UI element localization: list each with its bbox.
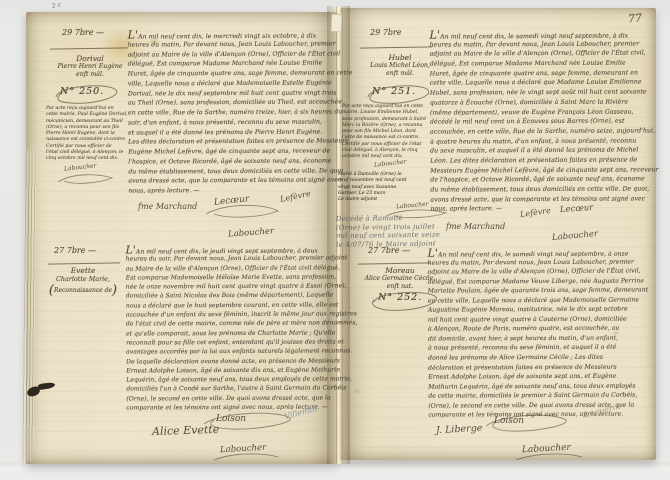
handwritten-line: mécanicien, demeurant au Theil bbox=[46, 119, 130, 125]
handwritten-line: ville, Laquelle nous a déclaré que Madem… bbox=[128, 78, 332, 89]
handwritten-line: naissance est constatée ci-contre. bbox=[46, 137, 130, 143]
handwritten-line: heures du soir, Par devant nous, Jean Lo… bbox=[126, 254, 332, 264]
act-number-250: N° 250. bbox=[60, 86, 104, 97]
handwritten-line: avantages accordés par la loi aux enfant… bbox=[126, 347, 332, 357]
handwritten-line: avons dressé acte, que la comparante et … bbox=[128, 176, 332, 187]
margin-date-reconnaissance: 27 7bre — bbox=[54, 246, 96, 255]
margin-date-act252: 27 7bre — bbox=[368, 246, 410, 255]
act-number-252: N° 252. bbox=[378, 292, 422, 303]
act-number-251: N° 251. bbox=[372, 86, 416, 97]
margin-date-act251: 29 7bre bbox=[370, 28, 402, 37]
act-250-body: L'An mil neuf cent dix, le mercredi ving… bbox=[128, 29, 333, 196]
signature-witness1-act252: Loison bbox=[494, 416, 524, 426]
handwritten-line: quatorze à Écouché (Orne), domiciliée à … bbox=[430, 97, 652, 108]
handwritten-line: l'hospice, et Octave Ricordé, âgé de soi… bbox=[128, 156, 332, 167]
scanner-background bbox=[0, 462, 670, 480]
handwritten-line: heures du matin, Par devant nous, Jean L… bbox=[128, 39, 332, 50]
signature-declarant-act251: fme Marchand bbox=[446, 222, 505, 231]
handwritten-line: soir, d'un enfant, à nous présenté, reco… bbox=[128, 117, 332, 128]
handwritten-line: à Alençon, Route de Paris, numéro quatre… bbox=[428, 324, 652, 335]
flourish-paren: ) bbox=[112, 283, 117, 298]
pencil-death-note: Décédé à Ramallé(Orne) le vingt trois ju… bbox=[336, 213, 466, 249]
handwritten-line: avons dressé acte, que la comparante et … bbox=[430, 194, 652, 205]
act-reconnaissance-body: L'An mil neuf cent dix, le jeudi vingt s… bbox=[126, 244, 333, 412]
signature-witness1-reconnaissance: Loison bbox=[216, 414, 246, 424]
handwritten-line: accouchée, en cette ville, Rue de la Sar… bbox=[430, 126, 652, 137]
folio-number: 77 bbox=[627, 11, 642, 25]
ink-blot bbox=[27, 383, 57, 398]
margin-mention-act251: Par acte reçu aujourd'hui en cettemairie… bbox=[342, 104, 434, 161]
handwritten-line: cinq octobre mil neuf cent dix. bbox=[46, 156, 130, 162]
handwritten-line: L'An mil neuf cent dix, le samedi vingt … bbox=[428, 247, 652, 258]
margin-given-names: Charlotte Marie, bbox=[28, 275, 138, 283]
margin-mention-act250: Par acte reçu aujourd'hui encette mairie… bbox=[46, 106, 130, 163]
handwritten-line: sans profession, demeurant à Saint bbox=[342, 117, 434, 123]
margin-name-act250: Dorival Pierre Henri Eugène enft mâl. bbox=[40, 54, 140, 79]
margin-note: (Reconnaissance de) bbox=[28, 283, 138, 299]
act-251-body: L'An mil neuf cent dix, le samedi vingt … bbox=[430, 29, 653, 214]
margin-child-note: enft mâl. bbox=[40, 71, 140, 79]
handwritten-line: cette mairie, Paul Eugène Dorival, bbox=[46, 112, 130, 118]
act-252-body: L'An mil neuf cent dix, le samedi vingt … bbox=[428, 247, 653, 420]
signature-declarant-reconnaissance: Alice Evette bbox=[152, 423, 220, 438]
corner-pencil-mark: 2 c bbox=[51, 1, 61, 10]
margin-surname: Evette bbox=[28, 266, 138, 275]
margin-given-names: Pierre Henri Eugène bbox=[40, 63, 140, 71]
register-scan: 2 c 77 29 7bre — Dorival Pierre Henri Eu… bbox=[0, 0, 670, 480]
margin-name-reconnaissance: Evette Charlotte Marie, (Reconnaissance … bbox=[28, 266, 138, 300]
margin-surname: Dorival bbox=[40, 54, 140, 63]
foxing-spot bbox=[352, 388, 362, 395]
gutter-paper-tab bbox=[331, 14, 343, 33]
handwritten-line: comparante et les témoins ont signé avec… bbox=[428, 410, 652, 421]
margin-date-act250: 29 7bre — bbox=[62, 28, 104, 37]
signature-declarant-act250: fme Marchand bbox=[138, 202, 197, 211]
